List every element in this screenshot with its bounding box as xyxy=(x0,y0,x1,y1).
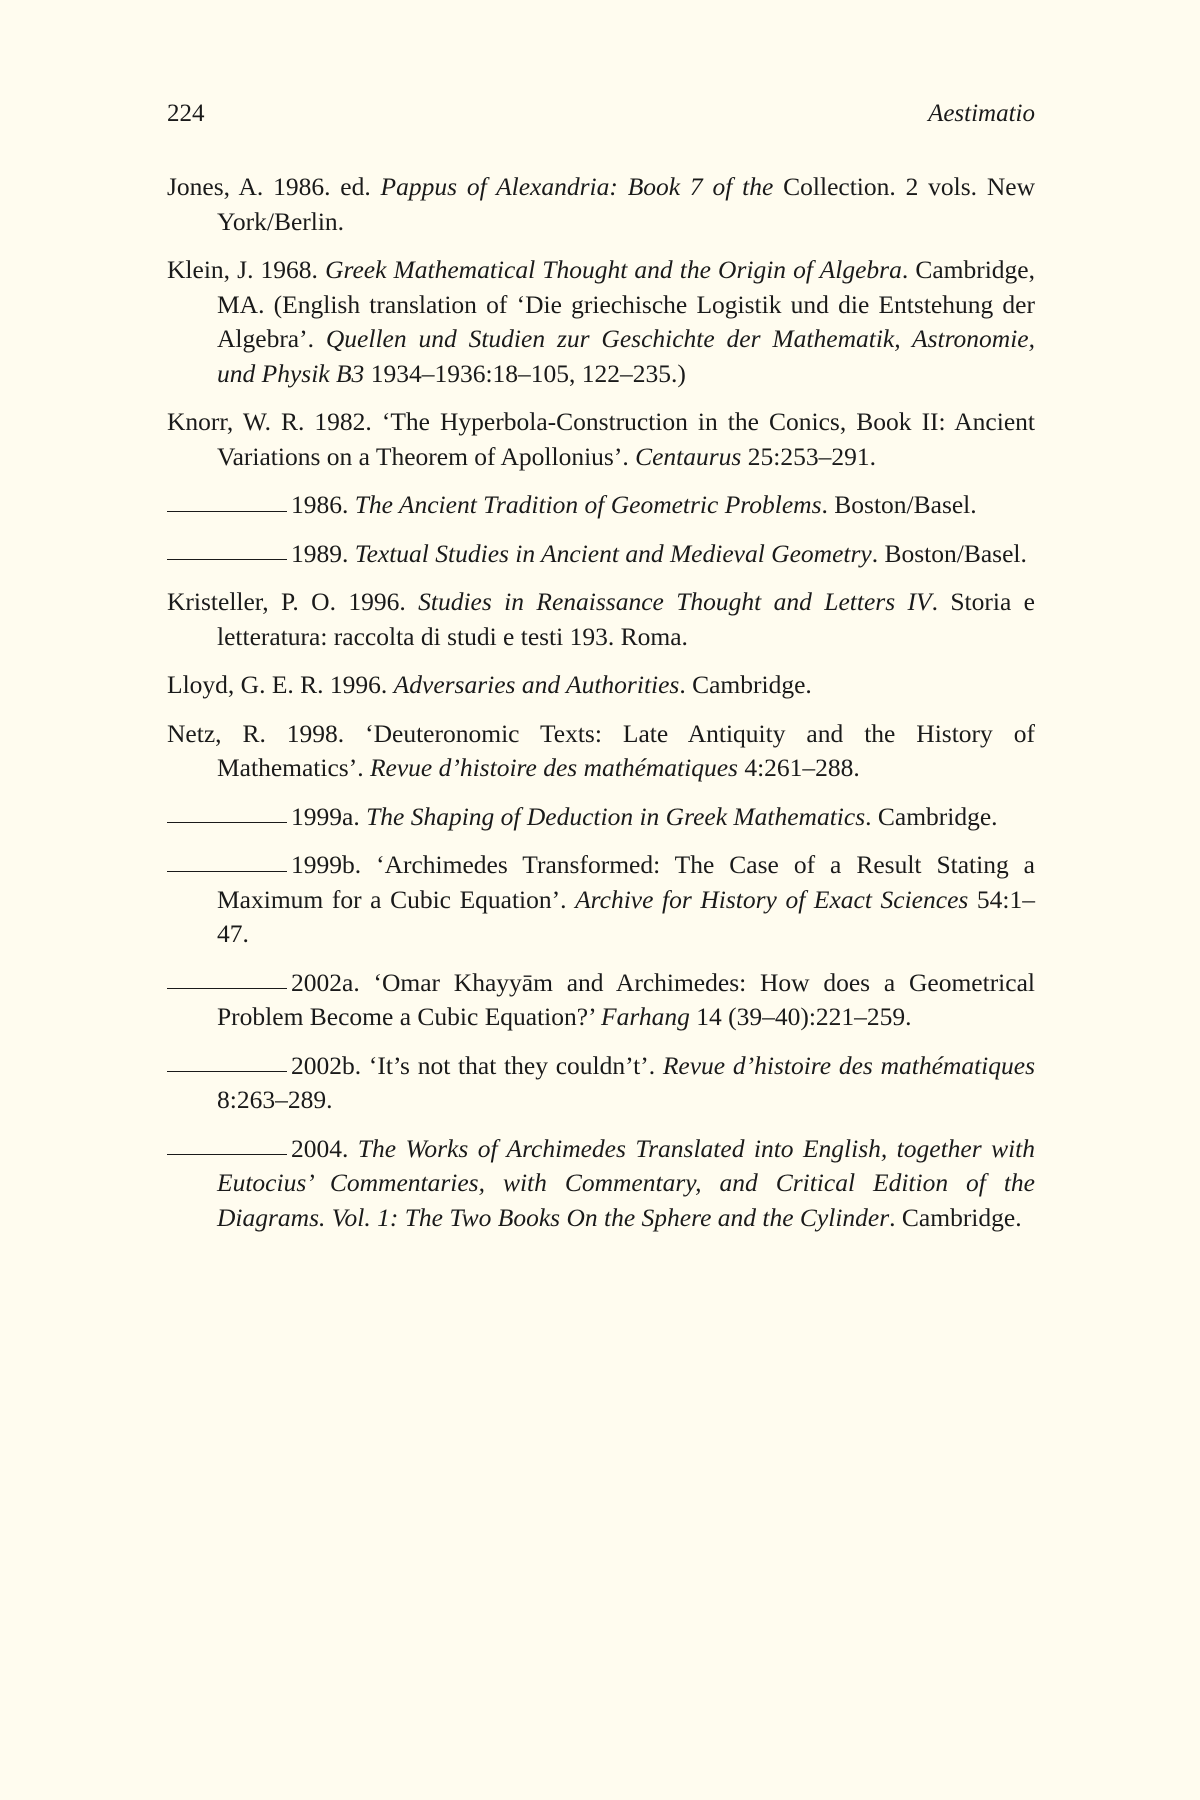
repeated-author-rule xyxy=(167,1154,287,1155)
bibliography-entry: Lloyd, G. E. R. 1996. Adversaries and Au… xyxy=(167,668,1035,703)
bibliography-entry: 2002b. ‘It’s not that they couldn’t’. Re… xyxy=(167,1049,1035,1118)
bibliography-entry: 1989. Textual Studies in Ancient and Med… xyxy=(167,537,1035,572)
bibliography-list: Jones, A. 1986. ed. Pappus of Alexandria… xyxy=(167,170,1035,1249)
repeated-author-rule xyxy=(167,988,287,989)
running-title: Aestimatio xyxy=(928,98,1035,130)
page-number: 224 xyxy=(167,98,205,130)
running-header: 224 Aestimatio xyxy=(167,98,1035,130)
bibliography-entry: 1986. The Ancient Tradition of Geometric… xyxy=(167,488,1035,523)
repeated-author-rule xyxy=(167,559,287,560)
repeated-author-rule xyxy=(167,1071,287,1072)
repeated-author-rule xyxy=(167,822,287,823)
bibliography-entry: 1999a. The Shaping of Deduction in Greek… xyxy=(167,800,1035,835)
bibliography-entry: Kristeller, P. O. 1996. Studies in Renai… xyxy=(167,585,1035,654)
bibliography-entry: Jones, A. 1986. ed. Pappus of Alexandria… xyxy=(167,170,1035,239)
repeated-author-rule xyxy=(167,511,287,512)
bibliography-entry: 1999b. ‘Archimedes Transformed: The Case… xyxy=(167,848,1035,952)
bibliography-entry: Netz, R. 1998. ‘Deuteronomic Texts: Late… xyxy=(167,717,1035,786)
repeated-author-rule xyxy=(167,871,287,872)
bibliography-entry: 2002a. ‘Omar Khayyām and Archimedes: How… xyxy=(167,966,1035,1035)
bibliography-entry: 2004. The Works of Archimedes Translated… xyxy=(167,1132,1035,1236)
bibliography-entry: Klein, J. 1968. Greek Mathematical Thoug… xyxy=(167,253,1035,391)
bibliography-entry: Knorr, W. R. 1982. ‘The Hyperbola-Constr… xyxy=(167,405,1035,474)
